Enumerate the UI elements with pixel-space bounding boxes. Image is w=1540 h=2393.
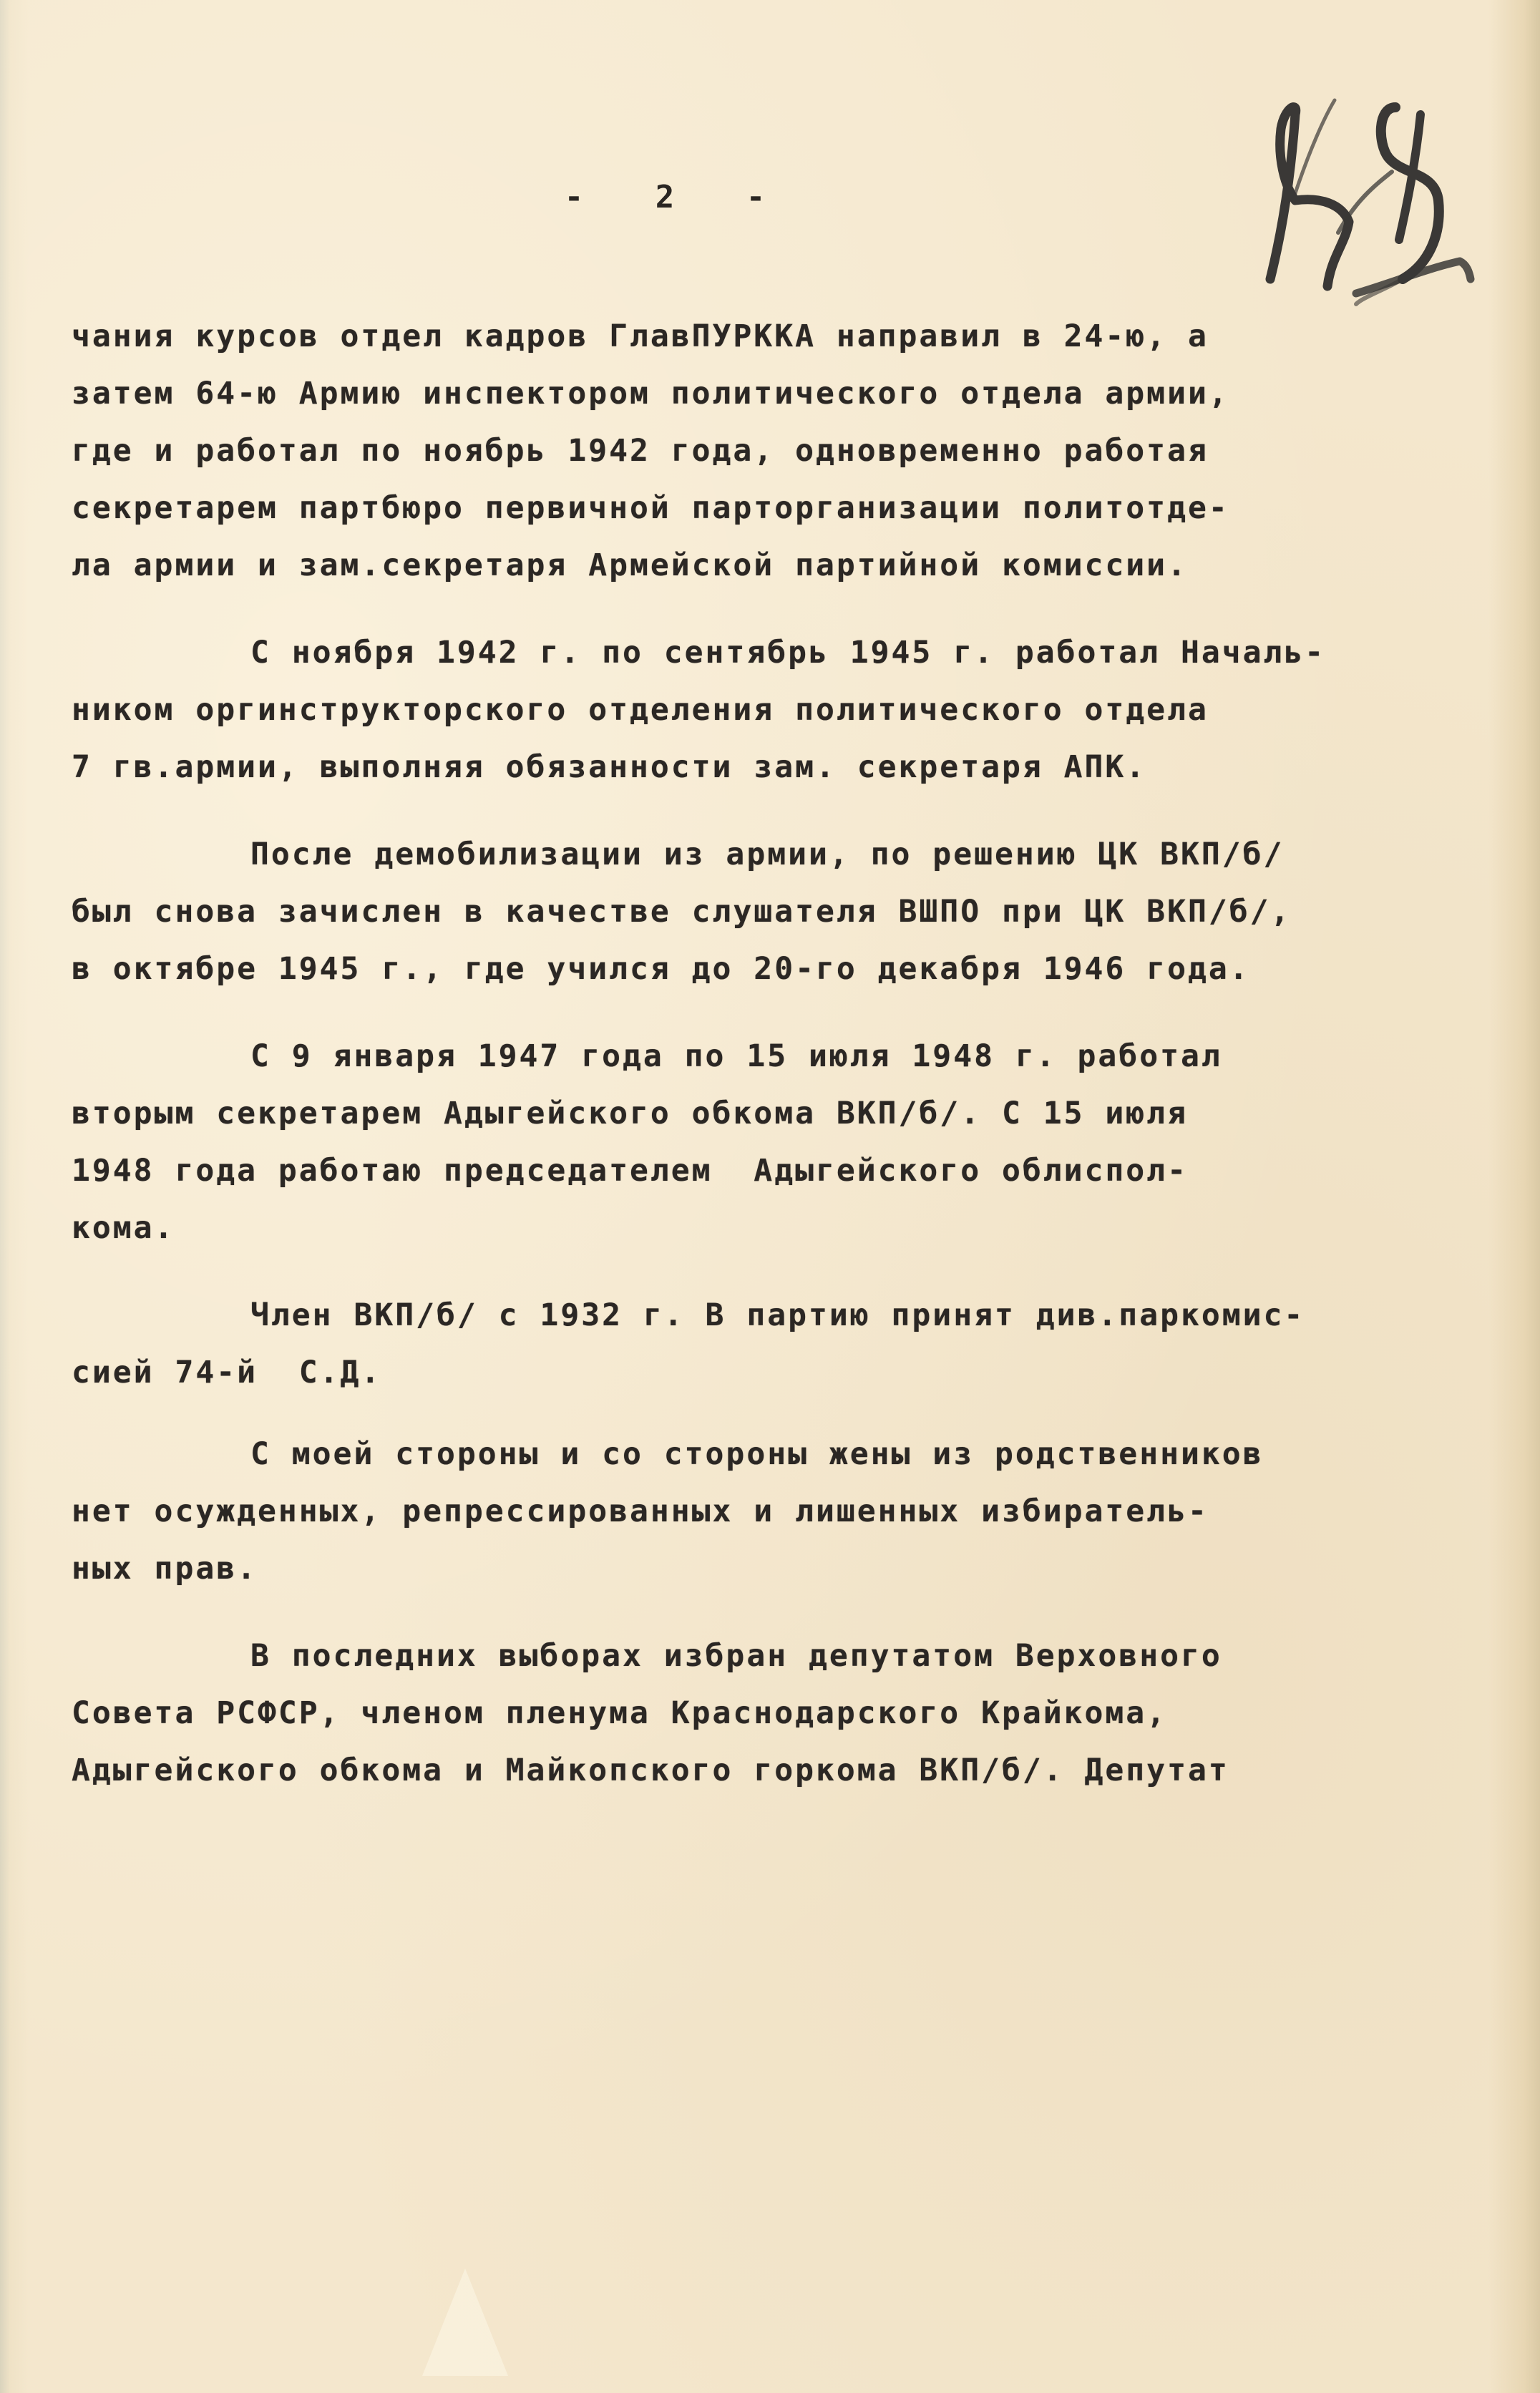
document-page: - 2 - чания курсов отдел кадров ГлавПУРК… (0, 0, 1540, 2393)
text-line: В последних выборах избран депутатом Вер… (72, 1627, 1474, 1685)
text-line: Совета РСФСР, членом пленума Краснодарск… (72, 1685, 1474, 1742)
text-line: затем 64-ю Армию инспектором политическо… (72, 365, 1474, 422)
text-line: С ноября 1942 г. по сентябрь 1945 г. раб… (72, 624, 1474, 681)
text-line: нет осужденных, репрессированных и лишен… (72, 1483, 1474, 1540)
text-line: секретарем партбюро первичной парторгани… (72, 479, 1474, 537)
text-line: После демобилизации из армии, по решению… (72, 826, 1474, 883)
text-line: Член ВКП/б/ с 1932 г. В партию принят ди… (72, 1287, 1474, 1344)
text-line: где и работал по ноябрь 1942 года, однов… (72, 422, 1474, 479)
paragraph: Член ВКП/б/ с 1932 г. В партию принят ди… (72, 1287, 1474, 1401)
text-line: ных прав. (72, 1540, 1474, 1597)
paragraph: С 9 января 1947 года по 15 июля 1948 г. … (72, 1028, 1474, 1257)
text-line: 1948 года работаю председателем Адыгейск… (72, 1142, 1474, 1199)
text-line: кома. (72, 1199, 1474, 1257)
text-line: был снова зачислен в качестве слушателя … (72, 883, 1474, 940)
text-line: 7 гв.армии, выполняя обязанности зам. се… (72, 739, 1474, 796)
paragraph: С моей стороны и со стороны жены из родс… (72, 1425, 1474, 1597)
document-body: чания курсов отдел кадров ГлавПУРККА нап… (72, 308, 1474, 1799)
paragraph: чания курсов отдел кадров ГлавПУРККА нап… (72, 308, 1474, 594)
text-line: Адыгейского обкома и Майкопского горкома… (72, 1742, 1474, 1799)
text-line: С 9 января 1947 года по 15 июля 1948 г. … (72, 1028, 1474, 1085)
text-line: сией 74-й С.Д. (72, 1344, 1474, 1401)
text-line: ла армии и зам.секретаря Армейской парти… (72, 537, 1474, 594)
paragraph: После демобилизации из армии, по решению… (72, 826, 1474, 998)
paragraph: С ноября 1942 г. по сентябрь 1945 г. раб… (72, 624, 1474, 796)
paper-crease (422, 2268, 508, 2376)
text-line: С моей стороны и со стороны жены из родс… (72, 1425, 1474, 1483)
text-line: ником оргинструкторского отделения полит… (72, 681, 1474, 739)
text-line: в октябре 1945 г., где учился до 20-го д… (72, 940, 1474, 998)
page-number: - 2 - (494, 179, 837, 215)
handwritten-folio-number (1242, 79, 1478, 308)
text-line: вторым секретарем Адыгейского обкома ВКП… (72, 1085, 1474, 1142)
text-line: чания курсов отдел кадров ГлавПУРККА нап… (72, 308, 1474, 365)
pencil-folio-mark-icon (1242, 79, 1478, 308)
paragraph: В последних выборах избран депутатом Вер… (72, 1627, 1474, 1799)
